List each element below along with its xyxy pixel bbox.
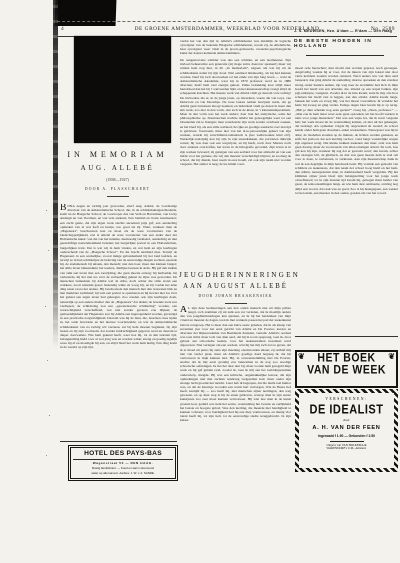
jeugd-title-block: JEUGDHERINNERINGEN AAN AUGUST ALLEBÉ DOO…: [179, 271, 292, 304]
divider: [330, 441, 364, 442]
book-ad-frame: VERSCHENEN: DE IDEALIST door A. H. VAN D…: [295, 389, 398, 472]
jeugd-byline: DOOR JOHAN BRAAKENSIEK: [179, 294, 292, 298]
jeugd-body-col3: moest orde heerschen; daar mocht niet wo…: [295, 66, 398, 330]
jeugd-subject: AAN AUGUST ALLEBÉ: [179, 283, 292, 290]
divider: [225, 303, 247, 304]
memoriam-title-block: IN MEMORIAM AUG. ALLEBÉ (1838—1927) DOOR…: [58, 150, 177, 197]
memoriam-col2-par2: De aangestorvene schilder was dus een sc…: [180, 58, 291, 166]
jeugd-text: L zijn deze herinneringen aan den ouden …: [180, 306, 291, 422]
book-author: A. H. VAN DER FEEN: [299, 425, 394, 431]
divider: [107, 196, 129, 197]
book-week-line2: VAN DE WEEK: [297, 363, 396, 376]
memoriam-dates: (1838—1927): [58, 177, 177, 182]
memoriam-title: IN MEMORIAM: [58, 150, 177, 159]
book-of-week-header: ❦ ❦ HET BOEK VAN DE WEEK: [295, 350, 398, 388]
hotel-line4: water op alle kamers. Aanbev. J. W. v. d…: [73, 471, 173, 475]
memoriam-col2-par1: verdat het van den tijd is; Allebé's sch…: [180, 39, 291, 56]
hotel-pays-bas-ad: HOTEL DES PAYS-BAS Wagenstraat 53 — DEN …: [70, 447, 176, 479]
col3-rule: [295, 336, 398, 337]
memoriam-body-col1: BIJNA negen en tachtig jaar geworden, st…: [60, 204, 177, 435]
book-title: DE IDEALIST: [299, 403, 394, 417]
memoriam-byline: DOOR A. PLASSCHAERT: [58, 187, 177, 191]
jeugd-body-col2: AL zijn deze herinneringen aan den ouden…: [180, 306, 291, 481]
book-door-label: door: [299, 418, 394, 422]
dropcap-a: A: [180, 306, 188, 314]
hotel-address: Wagenstraat 53 — DEN HAAG.: [73, 459, 173, 466]
jeugd-col3-text: moest orde heerschen; daar mocht niet wo…: [295, 66, 398, 195]
scan-specks: [46, 210, 47, 211]
book-announce: VERSCHENEN:: [299, 397, 394, 401]
book-ad: VERSCHENEN: DE IDEALIST door A. H. VAN D…: [299, 393, 394, 468]
meuwsen-ad-line2: DE BESTE HOEDEN IN HOLLAND: [294, 39, 398, 49]
header-rule-top: [57, 21, 397, 22]
memoriam-subject: AUG. ALLEBÉ: [58, 164, 177, 172]
memoriam-body-col2: verdat het van den tijd is; Allebé's sch…: [180, 39, 291, 265]
book-publisher-line2: WARENDORF's U.M., Amsterd.: [299, 447, 394, 451]
jeugd-title: JEUGDHERINNERINGEN: [179, 271, 292, 279]
col1-bottom-rule: [60, 441, 177, 442]
book-price: Ingenaaid f 1.90 — Gebonden f 2.50: [299, 434, 394, 438]
hotel-line3: Rustig familiehotel. — Koud en warm stro…: [73, 466, 173, 470]
allebe-portrait-photo: [74, 36, 171, 143]
meuwsen-ad-rule: [306, 55, 384, 56]
memoriam-text: IJNA negen en tachtig jaar geworden, sti…: [60, 204, 177, 349]
meuwsen-ad-line1: J. S. MEUWSEN, Hzn. A'dam — R'dam — Den …: [294, 29, 398, 33]
scan-artifact-blob: [55, 0, 117, 26]
newspaper-page: 4 DE GROENE AMSTERDAMMER, WEEKBLAD VOOR …: [0, 0, 400, 563]
hotel-name: HOTEL DES PAYS-BAS: [73, 450, 173, 457]
